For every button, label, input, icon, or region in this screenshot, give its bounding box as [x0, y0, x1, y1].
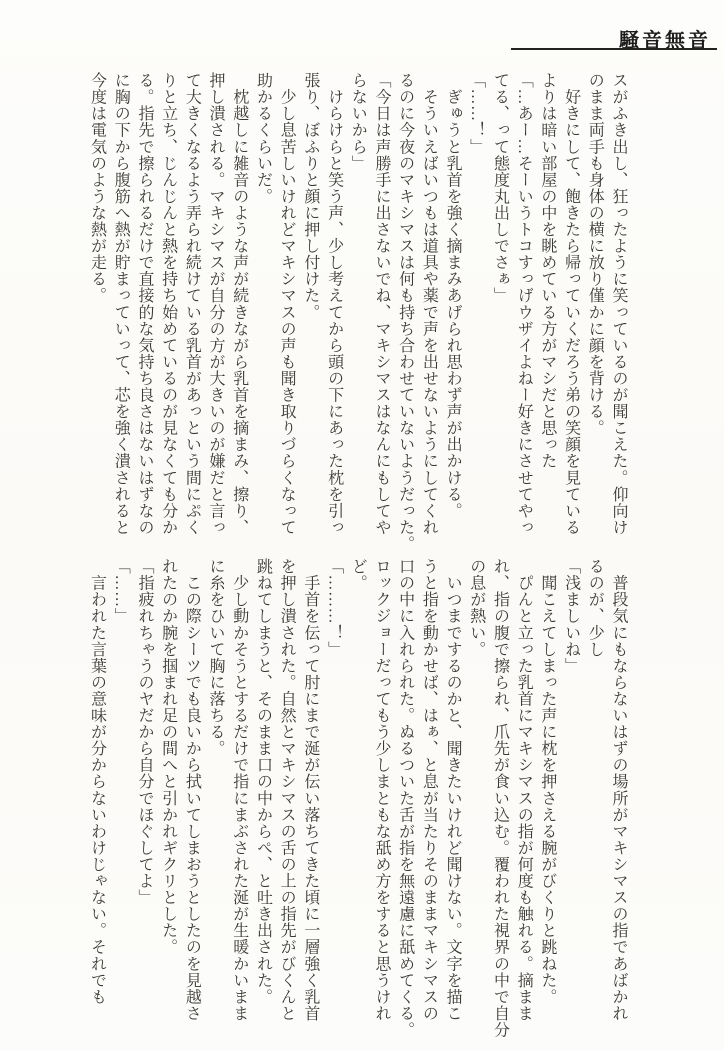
- text-column: 「…あー…そーいうトコすっげウザイよねー好きにさせてやっ: [511, 72, 535, 554]
- text-column: れたのか腕を掴まれ足の間へと引かれギクリとした。: [156, 558, 180, 1040]
- text-column: 「浅ましいね」: [559, 558, 583, 1040]
- text-column: るのに今夜のマキシマスは何も持ち合わせていないようだった。: [393, 72, 417, 554]
- text-column: ぎゅうと乳首を強く摘まみあげられ思わず声が出かける。: [440, 72, 464, 554]
- text-column: そういえばいつもは道具や薬で声を出せないようにしてくれ: [417, 72, 441, 554]
- text-column: りと立ち、じんじんと熱を持ち始めているのが見なくても分か: [156, 72, 180, 554]
- text-column: 言われた言葉の意味が分からないわけじゃない。それでも: [85, 558, 109, 1040]
- text-column: いつまでするのかと、聞きたいけれど聞けない。文字を描こ: [440, 558, 464, 1040]
- text-column: うと指を動かせば、はぁ、と息が当たりそのままマキシマスの: [417, 558, 441, 1040]
- text-column: らないから」: [346, 72, 370, 554]
- text-column: る。指先で擦られるだけで直接的な気持ち良さはないはずなの: [132, 72, 156, 554]
- text-column: 普段気にもならないはずの場所がマキシマスの指であばかれ: [606, 558, 630, 1040]
- text-column: 聞こえてしまった声に枕を押さえる腕がびくりと跳ねた。: [535, 558, 559, 1040]
- text-column: ロックジョーだってもう少しまともな舐め方をすると思うけれ: [369, 558, 393, 1040]
- text-column: 張り、ぼふりと顔に押し付けた。: [298, 72, 322, 554]
- text-column: ぴんと立った乳首にマキシマスの指が何度も触れる。摘まま: [511, 558, 535, 1040]
- text-column: に胸の下から腹筋へ熱が貯まっていって、芯を強く潰されると: [109, 72, 133, 554]
- text-column: けらけらと笑う声、少し考えてから頭の下にあった枕を引っ: [322, 72, 346, 554]
- scanned-book-page: 騒音無音 スがふき出し、狂ったように笑っているのが聞こえた。仰向け のまま両手も…: [0, 0, 724, 1050]
- text-block-top: スがふき出し、狂ったように笑っているのが聞こえた。仰向け のまま両手も身体の横に…: [84, 72, 630, 554]
- text-column: るのが、少し: [583, 558, 607, 1040]
- text-column: ど。: [346, 558, 370, 1040]
- text-column: 手首を伝って肘にまで涎が伝い落ちてきた頃に一層強く乳首: [298, 558, 322, 1040]
- text-column: 「……」: [109, 558, 133, 1040]
- text-column: 跳ねてしまうと、そのまま口の中からぺ、と吐き出された。: [251, 558, 275, 1040]
- text-column: 「………！」: [322, 558, 346, 1040]
- text-column: の息が熱い。: [464, 558, 488, 1040]
- text-column: 枕越しに雑音のような声が続きながら乳首を摘まみ、擦り、: [227, 72, 251, 554]
- text-column: この際シーツでも良いから拭いてしまおうとしたのを見越さ: [180, 558, 204, 1040]
- text-block-bottom: 普段気にもならないはずの場所がマキシマスの指であばかれ るのが、少し 「浅ましい…: [84, 558, 630, 1040]
- header-underline: [511, 48, 717, 50]
- text-column: スがふき出し、狂ったように笑っているのが聞こえた。仰向け: [606, 72, 630, 554]
- text-column: 押し潰される。マキシマスが自分の方が大きいのが嫌だと言っ: [203, 72, 227, 554]
- text-column: てる、って態度丸出しでさぁ」: [488, 72, 512, 554]
- text-column: 「……！」: [464, 72, 488, 554]
- text-column: 今度は電気のような熱が走る。: [85, 72, 109, 554]
- text-column: 少し息苦しいけれどマキシマスの声も聞き取りづらくなって: [274, 72, 298, 554]
- text-column: 「指疲れちゃうのヤだから自分でほぐしてよ」: [132, 558, 156, 1040]
- text-column: て大きくなるよう弄られ続けている乳首があっという間にぷく: [180, 72, 204, 554]
- text-column: れ、指の腹で擦られ、爪先が食い込む。覆われた視界の中で自分: [488, 558, 512, 1040]
- text-column: 口の中に入れられた。ぬるついた舌が指を無遠慮に舐めてくる。: [393, 558, 417, 1040]
- text-column: 「今日は声勝手に出さないでね、マキシマスはなんにもしてや: [369, 72, 393, 554]
- text-column: よりは暗い部屋の中を眺めている方がマシだと思った: [535, 72, 559, 554]
- text-column: のまま両手も身体の横に放り僅かに顔を背ける。: [583, 72, 607, 554]
- text-column: 少し動かそうとするだけで指にまぶされた涎が生暖かいまま: [227, 558, 251, 1040]
- text-column: に糸をひいて胸に落ちる。: [203, 558, 227, 1040]
- text-column: を押し潰された。自然とマキシマスの舌の上の指先がびくんと: [274, 558, 298, 1040]
- text-column: 好きにして、飽きたら帰っていくだろう弟の笑顔を見ている: [559, 72, 583, 554]
- text-column: 助かるくらいだ。: [251, 72, 275, 554]
- page-header: 騒音無音: [0, 0, 724, 60]
